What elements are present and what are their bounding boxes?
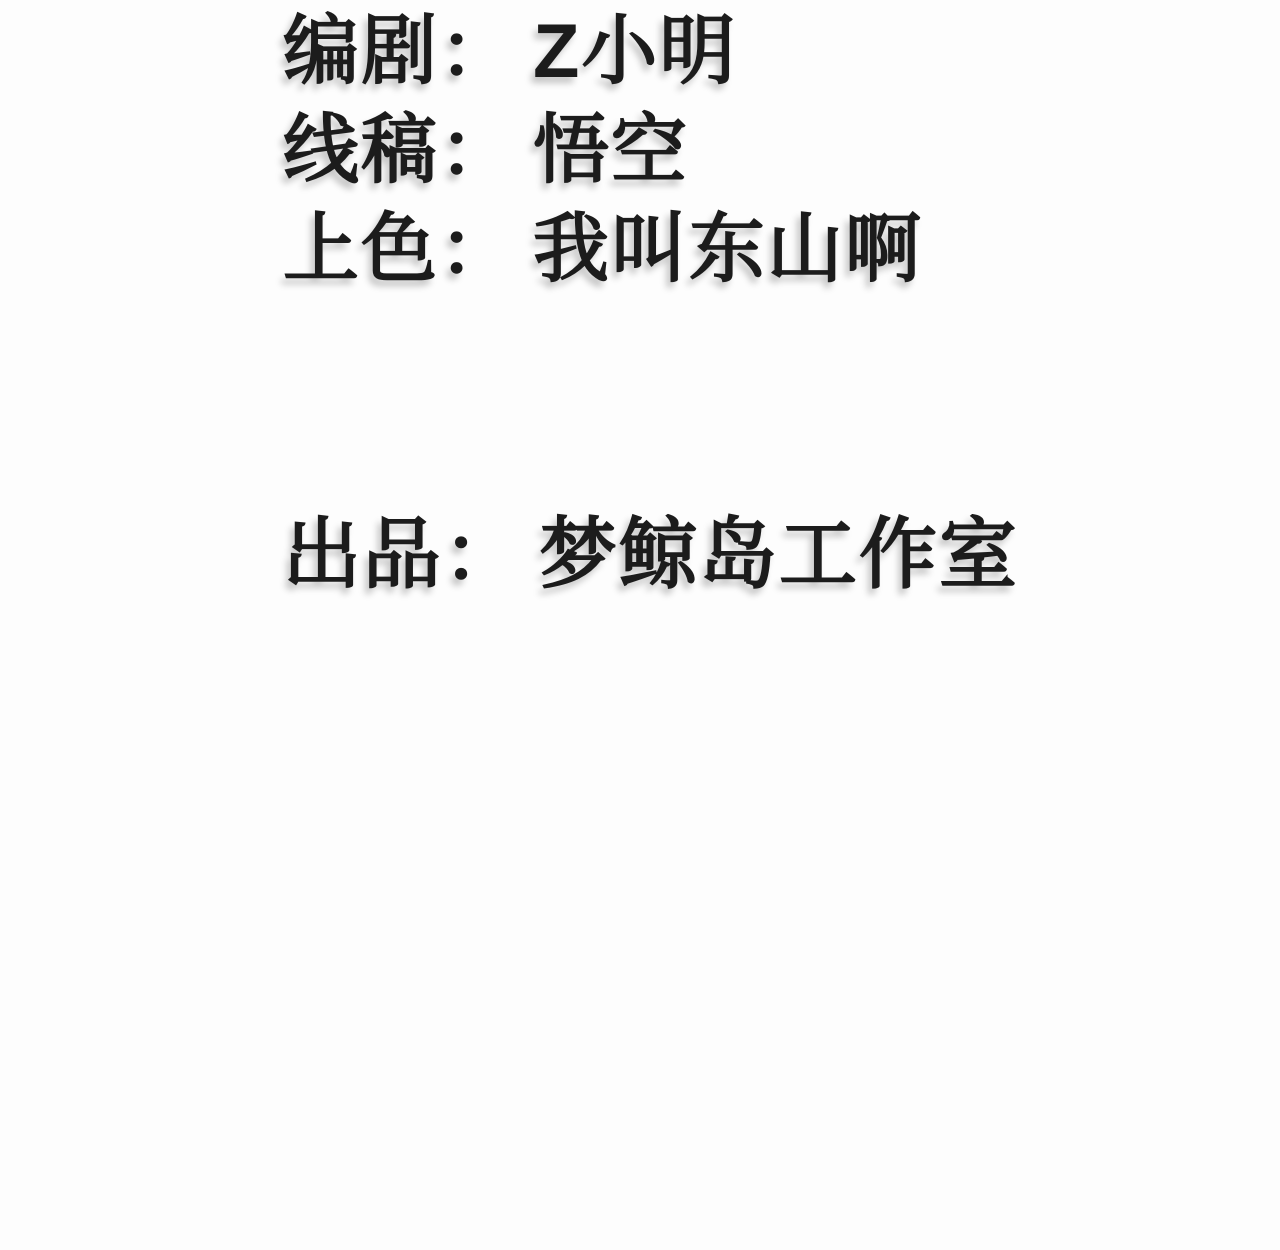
credit-line-coloring: 上色：我叫东山啊 [283,200,1280,299]
credit-role: 上色 [283,207,439,292]
credit-name: 悟空 [533,108,689,193]
credit-colon: ： [439,108,517,193]
credit-colon: ： [439,207,517,292]
credit-role: 编剧 [283,9,439,94]
credit-colon: ： [443,510,523,598]
credit-line-producer: 出品：梦鲸岛工作室 [283,505,1280,604]
credits-block: 编剧：Z小明 线稿：悟空 上色：我叫东山啊 出品：梦鲸岛工作室 [283,2,1280,604]
credits-page: 编剧：Z小明 线稿：悟空 上色：我叫东山啊 出品：梦鲸岛工作室 [0,0,1280,1250]
credit-name: 我叫东山啊 [533,207,923,292]
credit-role: 线稿 [283,108,439,193]
credit-name: Z小明 [533,9,737,94]
credit-line-lineart: 线稿：悟空 [283,101,1280,200]
credit-name: 梦鲸岛工作室 [539,510,1019,598]
credit-line-screenwriter: 编剧：Z小明 [283,2,1280,101]
credit-colon: ： [439,9,517,94]
credit-role: 出品 [283,510,443,598]
